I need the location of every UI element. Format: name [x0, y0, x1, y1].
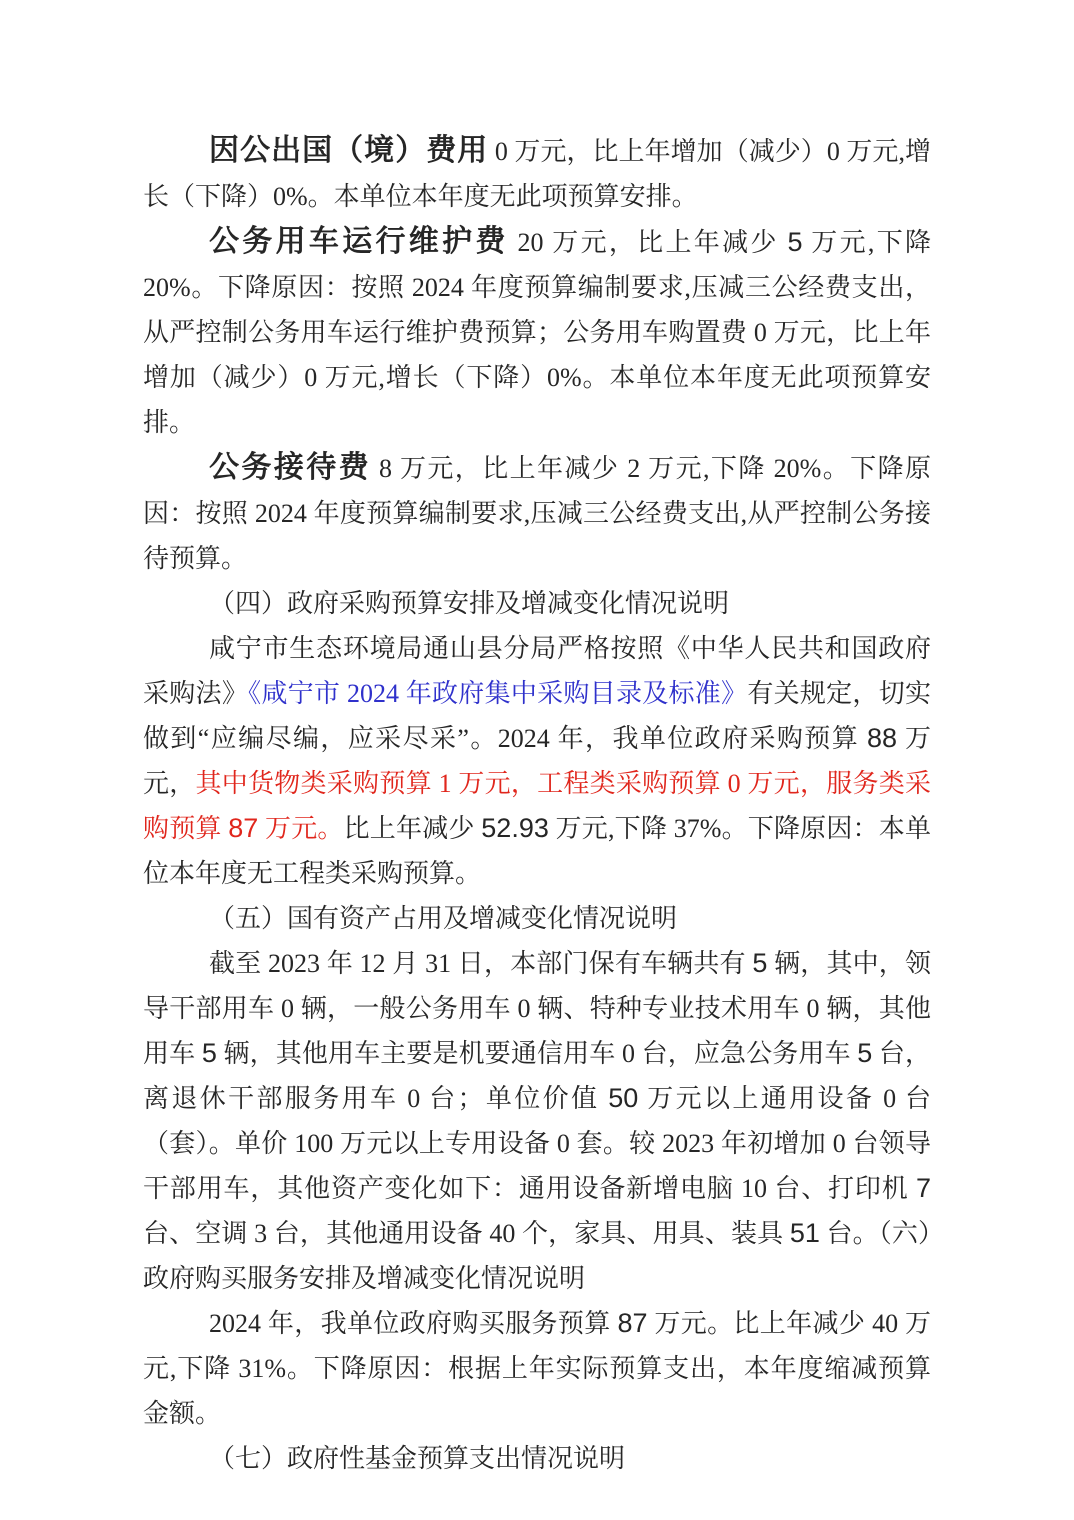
document-body: 因公出国（境）费用 0 万元，比上年增加（减少）0 万元,增长（下降）0%。本单… — [143, 128, 931, 1481]
expense-label: 公务用车运行维护费 — [209, 225, 509, 258]
figure-value: 5 — [752, 948, 767, 978]
para-government-procurement: 咸宁市生态环境局通山县分局严格按照《中华人民共和国政府采购法》《咸宁市 2024… — [143, 626, 931, 896]
para-purchased-services: 2024 年，我单位政府购买服务预算 87 万元。比上年减少 40 万元,下降 … — [143, 1301, 931, 1436]
body-text: 辆，其他用车主要是机要通信用车 0 台，应急公务用车 — [217, 1039, 857, 1068]
figure-value: 5 — [857, 1038, 872, 1068]
para-state-assets: 截至 2023 年 12 月 31 日，本部门保有车辆共有 5 辆，其中，领导干… — [143, 941, 931, 1301]
figure-value: 87 — [617, 1308, 647, 1338]
body-text: 20 万元，比上年减少 — [509, 228, 788, 257]
body-text: 2024 年，我单位政府购买服务预算 — [209, 1309, 617, 1338]
expense-label: 公务接待费 — [209, 451, 371, 484]
figure-value: 52.93 — [481, 813, 549, 843]
heading-section-four: （四）政府采购预算安排及增减变化情况说明 — [143, 581, 931, 626]
highlight-red-text: 87 — [228, 813, 258, 843]
figure-value: 88 — [867, 723, 897, 753]
body-text: 万元,下降 20%。下降原因：按照 2024 年度预算编制要求,压减三公经费支出… — [143, 228, 931, 437]
body-text: （四）政府采购预算安排及增减变化情况说明 — [209, 589, 729, 618]
para-official-reception-expense: 公务接待费 8 万元，比上年减少 2 万元,下降 20%。下降原因：按照 202… — [143, 445, 931, 581]
para-overseas-trip-expense: 因公出国（境）费用 0 万元，比上年增加（减少）0 万元,增长（下降）0%。本单… — [143, 128, 931, 219]
figure-value: 5 — [202, 1038, 217, 1068]
body-text: （五）国有资产占用及增减变化情况说明 — [209, 904, 677, 933]
figure-value: 7 — [916, 1173, 931, 1203]
para-official-vehicle-expense: 公务用车运行维护费 20 万元，比上年减少 5 万元,下降 20%。下降原因：按… — [143, 219, 931, 445]
body-text: 台、空调 3 台，其他通用设备 40 个，家具、用具、装具 — [143, 1219, 790, 1248]
figure-value: 5 — [787, 227, 802, 257]
expense-label: 因公出国（境）费用 — [209, 134, 488, 167]
heading-section-five: （五）国有资产占用及增减变化情况说明 — [143, 896, 931, 941]
body-text: 比上年减少 — [344, 814, 482, 843]
procurement-catalog-link[interactable]: 《咸宁市 2024 年政府集中采购目录及标准》 — [248, 679, 747, 708]
highlight-red-text: 万元。 — [258, 814, 343, 843]
heading-section-seven: （七）政府性基金预算支出情况说明 — [143, 1436, 931, 1481]
document-page: 因公出国（境）费用 0 万元，比上年增加（减少）0 万元,增长（下降）0%。本单… — [0, 0, 1074, 1520]
figure-value: 50 — [608, 1083, 638, 1113]
body-text: 截至 2023 年 12 月 31 日，本部门保有车辆共有 — [209, 949, 752, 978]
body-text: （七）政府性基金预算支出情况说明 — [209, 1444, 625, 1473]
figure-value: 51 — [790, 1218, 820, 1248]
